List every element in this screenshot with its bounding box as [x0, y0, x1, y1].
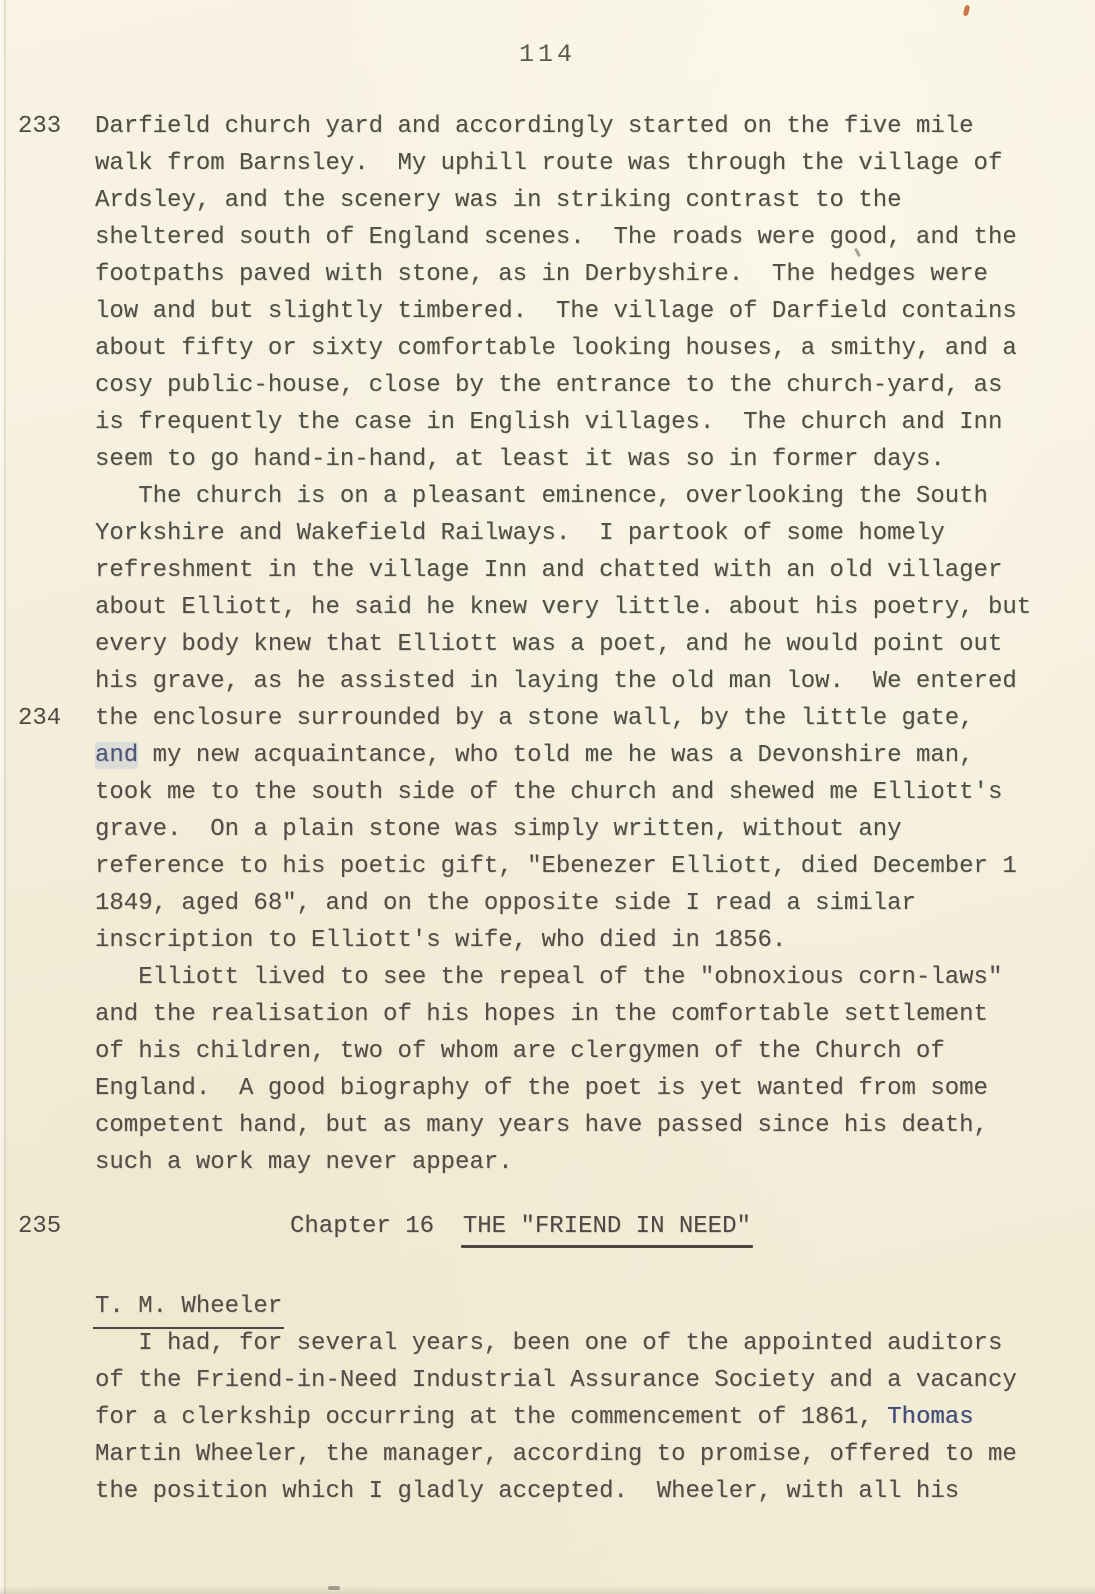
- typescript-line: is frequently the case in English villag…: [95, 404, 1031, 441]
- wheeler-section: T. M. Wheeler I had, for several years, …: [95, 1288, 1017, 1510]
- typescript-line: competent hand, but as many years have p…: [95, 1107, 1031, 1144]
- scan-left-edge-line: [4, 0, 6, 1594]
- typescript-line: low and but slightly timbered. The villa…: [95, 293, 1031, 330]
- typescript-line: Martin Wheeler, the manager, according t…: [95, 1436, 1017, 1473]
- body-text-block: Darfield church yard and accordingly sta…: [95, 108, 1031, 1181]
- typescript-line: Darfield church yard and accordingly sta…: [95, 108, 1031, 145]
- typescript-line: and the realisation of his hopes in the …: [95, 996, 1031, 1033]
- typescript-page: 114 233 234 235 Darfield church yard and…: [0, 0, 1095, 1594]
- typescript-line: refreshment in the village Inn and chatt…: [95, 552, 1031, 589]
- typescript-line: about fifty or sixty comfortable looking…: [95, 330, 1031, 367]
- typescript-line: Yorkshire and Wakefield Railways. I part…: [95, 515, 1031, 552]
- typescript-line: took me to the south side of the church …: [95, 774, 1031, 811]
- chapter-title: THE "FRIEND IN NEED": [463, 1208, 751, 1245]
- chapter-heading-separator: [434, 1213, 463, 1240]
- section-heading-line: T. M. Wheeler: [95, 1288, 1017, 1325]
- typescript-line: sheltered south of England scenes. The r…: [95, 219, 1031, 256]
- typescript-line: seem to go hand-in-hand, at least it was…: [95, 441, 1031, 478]
- margin-number-234: 234: [18, 700, 61, 737]
- line-start: for a clerkship occurring at the commenc…: [95, 1404, 887, 1431]
- margin-number-235: 235: [18, 1208, 61, 1245]
- chapter-number: Chapter 16: [290, 1213, 434, 1240]
- typescript-line: I had, for several years, been one of th…: [95, 1325, 1017, 1362]
- bottom-ink-speck: [328, 1586, 340, 1590]
- typescript-line: The church is on a pleasant eminence, ov…: [95, 478, 1031, 515]
- margin-number-233: 233: [18, 108, 61, 145]
- typescript-line: cosy public-house, close by the entrance…: [95, 367, 1031, 404]
- typescript-line: his grave, as he assisted in laying the …: [95, 663, 1031, 700]
- typescript-line: 1849, aged 68", and on the opposite side…: [95, 885, 1031, 922]
- typescript-line: such a work may never appear.: [95, 1144, 1031, 1181]
- typescript-line: walk from Barnsley. My uphill route was …: [95, 145, 1031, 182]
- typescript-line: of the Friend-in-Need Industrial Assuran…: [95, 1362, 1017, 1399]
- typescript-line: grave. On a plain stone was simply writt…: [95, 811, 1031, 848]
- typescript-line: about Elliott, he said he knew very litt…: [95, 589, 1031, 626]
- blue-ink-word: Thomas: [887, 1404, 973, 1431]
- line-remainder: my new acquaintance, who told me he was …: [138, 742, 973, 769]
- typescript-line-with-blue-ink: for a clerkship occurring at the commenc…: [95, 1399, 1017, 1436]
- typescript-line: footpaths paved with stone, as in Derbys…: [95, 256, 1031, 293]
- chapter-heading: Chapter 16 THE "FRIEND IN NEED": [290, 1208, 751, 1245]
- typescript-line: the position which I gladly accepted. Wh…: [95, 1473, 1017, 1510]
- typescript-line: of his children, two of whom are clergym…: [95, 1033, 1031, 1070]
- typescript-line: reference to his poetic gift, "Ebenezer …: [95, 848, 1031, 885]
- red-ink-speck: [963, 5, 971, 17]
- scan-bottom-shadow: [0, 1586, 1095, 1594]
- typescript-line: Elliott lived to see the repeal of the "…: [95, 959, 1031, 996]
- typescript-line: the enclosure surrounded by a stone wall…: [95, 700, 1031, 737]
- typescript-line: every body knew that Elliott was a poet,…: [95, 626, 1031, 663]
- page-number: 114: [0, 36, 1095, 73]
- typescript-line: Ardsley, and the scenery was in striking…: [95, 182, 1031, 219]
- blue-tinted-word: and: [95, 742, 138, 769]
- section-heading: T. M. Wheeler: [95, 1288, 282, 1325]
- typescript-line: England. A good biography of the poet is…: [95, 1070, 1031, 1107]
- typescript-line-with-blue-patch: and my new acquaintance, who told me he …: [95, 737, 1031, 774]
- typescript-line: inscription to Elliott's wife, who died …: [95, 922, 1031, 959]
